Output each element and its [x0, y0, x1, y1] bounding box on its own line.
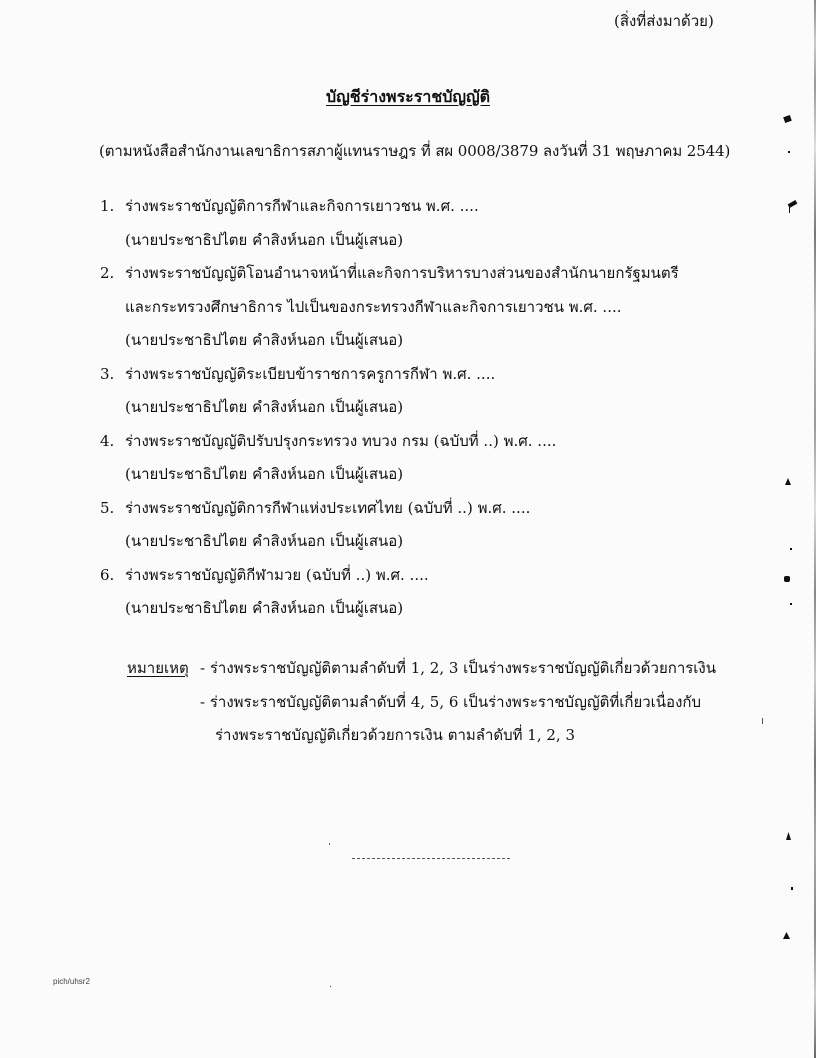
scan-speck	[784, 576, 790, 582]
scan-speck	[786, 832, 791, 840]
bill-item-4: 4. ร่างพระราชบัญญัติปรับปรุงกระทรวง ทบวง…	[100, 425, 760, 492]
remark-item: - ร่างพระราชบัญญัติตามลำดับที่ 4, 5, 6 เ…	[127, 686, 767, 720]
attachment-note: (สิ่งที่ส่งมาด้วย)	[614, 9, 714, 33]
scan-speck	[791, 887, 793, 890]
bill-title: ร่างพระราชบัญญัติโอนอำนาจหน้าที่และกิจกา…	[125, 257, 760, 291]
scan-speck	[788, 151, 790, 153]
bill-title: ร่างพระราชบัญญัติการกีฬาแห่งประเทศไทย (ฉ…	[125, 492, 760, 526]
bill-proposer: (นายประชาธิปไตย คำสิงห์นอก เป็นผู้เสนอ)	[125, 391, 760, 425]
bill-proposer: (นายประชาธิปไตย คำสิงห์นอก เป็นผู้เสนอ)	[125, 525, 760, 559]
reference-line: (ตามหนังสือสำนักงานเลขาธิการสภาผู้แทนราษ…	[99, 139, 730, 163]
remarks-label: หมายเหตุ	[127, 652, 189, 686]
bill-title: ร่างพระราชบัญญัติกีฬามวย (ฉบับที่ ..) พ.…	[125, 559, 760, 593]
bill-item-6: 6. ร่างพระราชบัญญัติกีฬามวย (ฉบับที่ ..)…	[100, 559, 760, 626]
remarks-section: หมายเหตุ - ร่างพระราชบัญญัติตามลำดับที่ …	[127, 652, 767, 753]
bill-number: 1.	[100, 190, 114, 224]
bill-number: 2.	[100, 257, 114, 291]
scan-speck	[783, 115, 792, 123]
document-title: บัญชีร่างพระราชบัญญัติ	[0, 85, 816, 110]
bill-title: ร่างพระราชบัญญัติระเบียบข้าราชการครูการก…	[125, 358, 760, 392]
bill-proposer: (นายประชาธิปไตย คำสิงห์นอก เป็นผู้เสนอ)	[125, 324, 760, 358]
bill-item-3: 3. ร่างพระราชบัญญัติระเบียบข้าราชการครูก…	[100, 358, 760, 425]
scan-speck	[762, 718, 763, 724]
document-title-text: บัญชีร่างพระราชบัญญัติ	[326, 87, 490, 106]
scan-speck	[790, 548, 792, 550]
remark-item: - ร่างพระราชบัญญัติตามลำดับที่ 1, 2, 3 เ…	[127, 652, 767, 686]
bill-title: ร่างพระราชบัญญัติการกีฬาและกิจการเยาวชน …	[125, 190, 760, 224]
bill-title-cont: และกระทรวงศึกษาธิการ ไปเป็นของกระทรวงกีฬ…	[125, 291, 760, 325]
scan-speck	[330, 986, 331, 987]
bill-item-5: 5. ร่างพระราชบัญญัติการกีฬาแห่งประเทศไทย…	[100, 492, 760, 559]
bill-number: 5.	[100, 492, 114, 526]
scan-speck	[785, 478, 791, 485]
bill-proposer: (นายประชาธิปไตย คำสิงห์นอก เป็นผู้เสนอ)	[125, 592, 760, 626]
remarks-row-1: หมายเหตุ - ร่างพระราชบัญญัติตามลำดับที่ …	[127, 652, 767, 686]
bill-title: ร่างพระราชบัญญัติปรับปรุงกระทรวง ทบวง กร…	[125, 425, 760, 459]
scan-speck	[329, 843, 330, 845]
bill-number: 6.	[100, 559, 114, 593]
bill-proposer: (นายประชาธิปไตย คำสิงห์นอก เป็นผู้เสนอ)	[125, 458, 760, 492]
scan-speck	[789, 205, 790, 213]
remarks-row-2: - ร่างพระราชบัญญัติตามลำดับที่ 4, 5, 6 เ…	[127, 686, 767, 720]
bill-proposer: (นายประชาธิปไตย คำสิงห์นอก เป็นผู้เสนอ)	[125, 224, 760, 258]
bill-list: 1. ร่างพระราชบัญญัติการกีฬาและกิจการเยาว…	[100, 190, 760, 626]
bill-item-2: 2. ร่างพระราชบัญญัติโอนอำนาจหน้าที่และกิ…	[100, 257, 760, 358]
bill-number: 3.	[100, 358, 114, 392]
end-of-document-rule	[352, 858, 510, 859]
bill-number: 4.	[100, 425, 114, 459]
remark-item-cont: ร่างพระราชบัญญัติเกี่ยวด้วยการเงิน ตามลำ…	[127, 719, 767, 753]
footer-code: pich/uhsr2	[53, 977, 90, 986]
bill-item-1: 1. ร่างพระราชบัญญัติการกีฬาและกิจการเยาว…	[100, 190, 760, 257]
scan-speck	[790, 603, 792, 605]
remarks-row-3: ร่างพระราชบัญญัติเกี่ยวด้วยการเงิน ตามลำ…	[127, 719, 767, 753]
scan-speck	[783, 932, 790, 939]
document-page: (สิ่งที่ส่งมาด้วย) บัญชีร่างพระราชบัญญัต…	[0, 0, 816, 1058]
